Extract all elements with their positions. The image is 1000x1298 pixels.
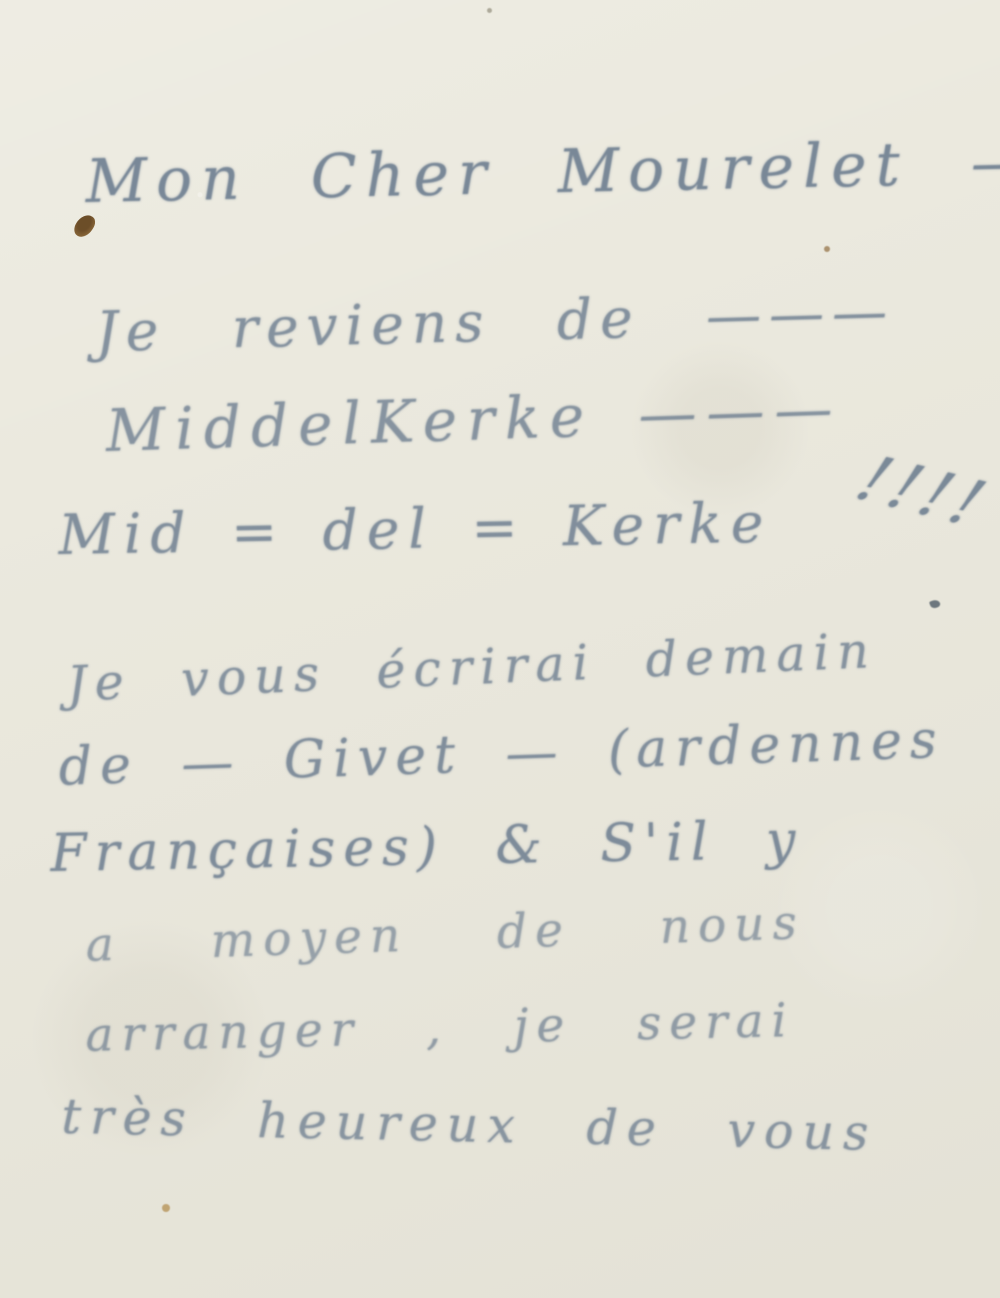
- paper-speck: [162, 1204, 170, 1212]
- handwriting-line: très heureux de vous: [61, 1092, 878, 1158]
- paper-speck: [824, 246, 830, 252]
- letter-paper: Mon Cher Mourelet — Je reviens de ——— Mi…: [0, 0, 1000, 1298]
- handwriting-line: de — Givet — (ardennes: [58, 714, 945, 794]
- handwriting-line: arranger , je serai: [85, 997, 795, 1059]
- handwriting-line: MiddelKerke ———: [105, 379, 843, 460]
- handwriting-line-salutation: Mon Cher Mourelet —: [85, 132, 1000, 212]
- handwriting-line: Je vous écrirai demain: [66, 626, 878, 709]
- pencil-speck: [929, 599, 941, 610]
- handwriting-line: Je reviens de ———: [95, 284, 896, 360]
- paper-speck: [487, 8, 492, 13]
- exclamation-marks: !!!!: [847, 448, 999, 538]
- handwriting-line: Mid = del = Kerke: [58, 496, 773, 563]
- handwriting-line: a moyen de nous: [85, 899, 805, 969]
- handwriting-line: Françaises) & S'il y: [50, 815, 804, 880]
